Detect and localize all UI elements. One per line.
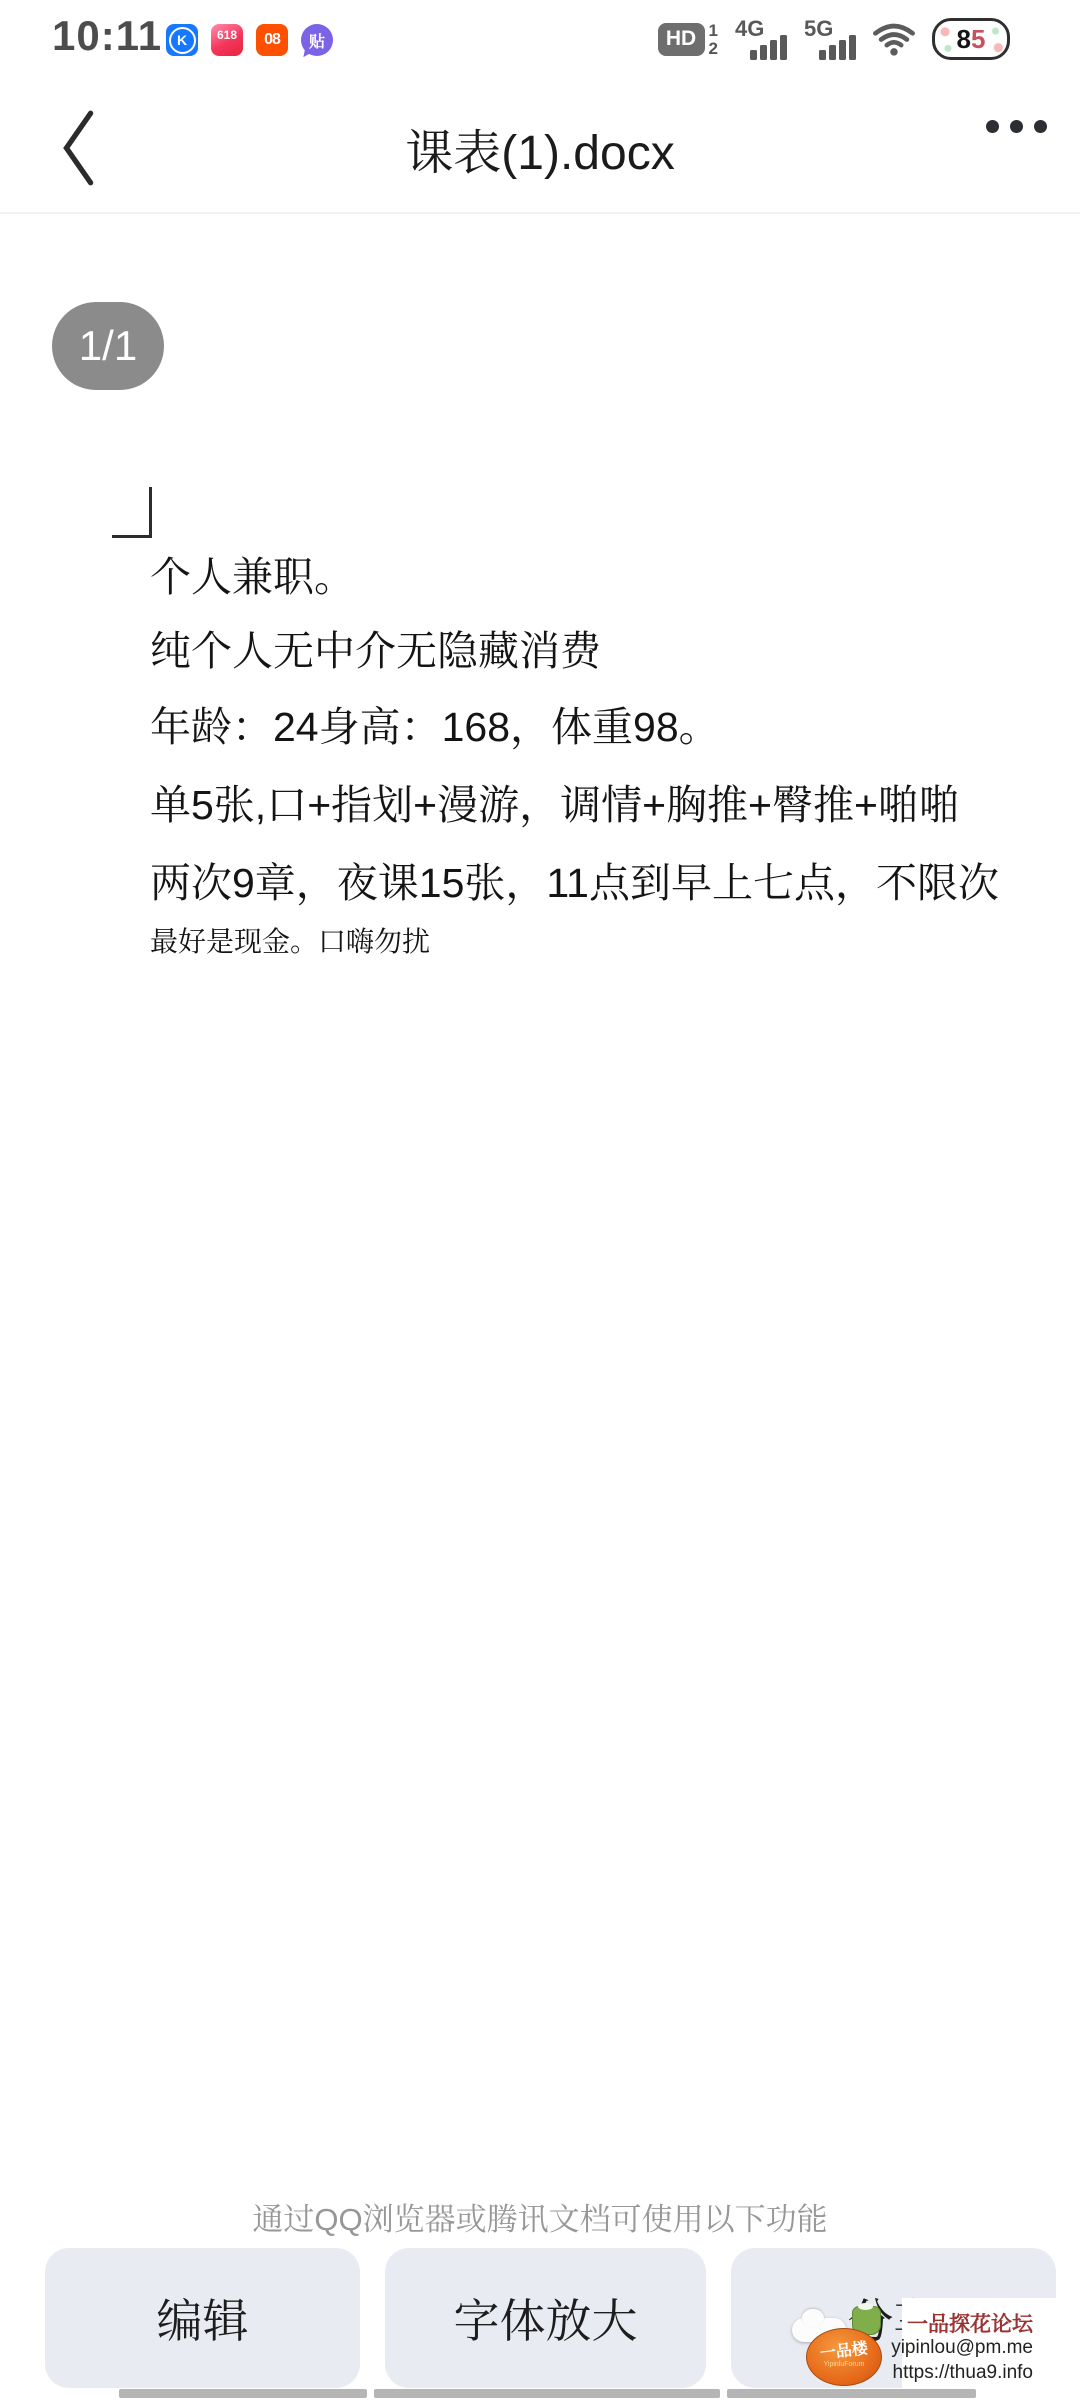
watermark-forum-name: 一品探花论坛 — [907, 2308, 1033, 2338]
document-page[interactable]: 1/1 个人兼职。 纯个人无中介无隐藏消费 年龄：24身高：168，体重98。 … — [0, 214, 1080, 2174]
doc-text-line: 单5张,口+指划+漫游，调情+胸推+臀推+啪啪 — [150, 782, 960, 829]
battery-level-digit: 8 — [957, 24, 971, 55]
battery-indicator: 8 5 — [932, 18, 1010, 60]
edit-button[interactable]: 编辑 — [45, 2248, 360, 2388]
ellipsis-icon — [986, 120, 999, 133]
ellipsis-icon — [1010, 120, 1023, 133]
hd-icon: HD — [658, 23, 705, 56]
screen: 10:11 K 618 08 贴 HD 1 2 4G — [0, 0, 1080, 2400]
kugou-notification-icon: K — [166, 24, 198, 56]
ellipsis-icon — [1034, 120, 1047, 133]
battery-level-digit: 5 — [971, 24, 985, 55]
doc-text-line: 年龄：24身高：168，体重98。 — [150, 704, 720, 751]
doc-text-line: 纯个人无中介无隐藏消费 — [150, 628, 601, 675]
signal-5g-indicator: 5G — [804, 18, 856, 60]
doc-text-line: 最好是现金。口嗨勿扰 — [150, 926, 430, 958]
font-enlarge-button[interactable]: 字体放大 — [385, 2248, 706, 2388]
signal-bars-icon — [750, 35, 787, 60]
status-time: 10:11 — [52, 12, 162, 60]
back-chevron-icon — [58, 108, 98, 188]
jd-618-notification-icon: 618 — [211, 24, 243, 56]
hd-voice-indicator: HD 1 2 — [658, 22, 718, 57]
doc-text-line: 个人兼职。 — [150, 554, 355, 601]
watermark-url: https://thua9.info — [893, 2362, 1034, 2384]
page-indicator-badge: 1/1 — [52, 302, 164, 390]
sim2-label: 2 — [709, 40, 718, 57]
signal-4g-indicator: 4G — [735, 18, 787, 60]
back-button[interactable] — [58, 106, 122, 190]
notification-icons: K 618 08 贴 — [166, 24, 333, 56]
kuaishou-notification-icon: 08 — [256, 24, 288, 56]
kugou-k-glyph: K — [169, 27, 196, 54]
header: 课表(1).docx — [0, 80, 1080, 214]
bottom-bar-segment — [727, 2389, 976, 2398]
page-margin-corner-mark — [112, 487, 152, 538]
dual-sim-indicator: 1 2 — [709, 22, 718, 57]
doc-text-line: 两次9章，夜课15张，11点到早上七点，不限次 — [150, 860, 999, 907]
watermark-logo: 一品楼 YipinluForum — [806, 2328, 882, 2386]
wifi-icon — [873, 23, 915, 56]
status-bar: 10:11 K 618 08 贴 HD 1 2 4G — [0, 0, 1080, 80]
signal-bars-icon — [819, 35, 856, 60]
status-indicators: HD 1 2 4G 5G — [658, 16, 1010, 62]
watermark-email: yipinlou@pm.me — [891, 2337, 1033, 2359]
footer-hint-text: 通过QQ浏览器或腾讯文档可使用以下功能 — [0, 2194, 1080, 2239]
tieba-notification-icon: 贴 — [301, 24, 333, 56]
more-menu-button[interactable] — [976, 104, 1056, 148]
sim1-label: 1 — [709, 22, 718, 39]
document-title: 课表(1).docx — [160, 114, 920, 183]
bottom-bar-segment — [374, 2389, 720, 2398]
bottom-bar-segment — [119, 2389, 367, 2398]
